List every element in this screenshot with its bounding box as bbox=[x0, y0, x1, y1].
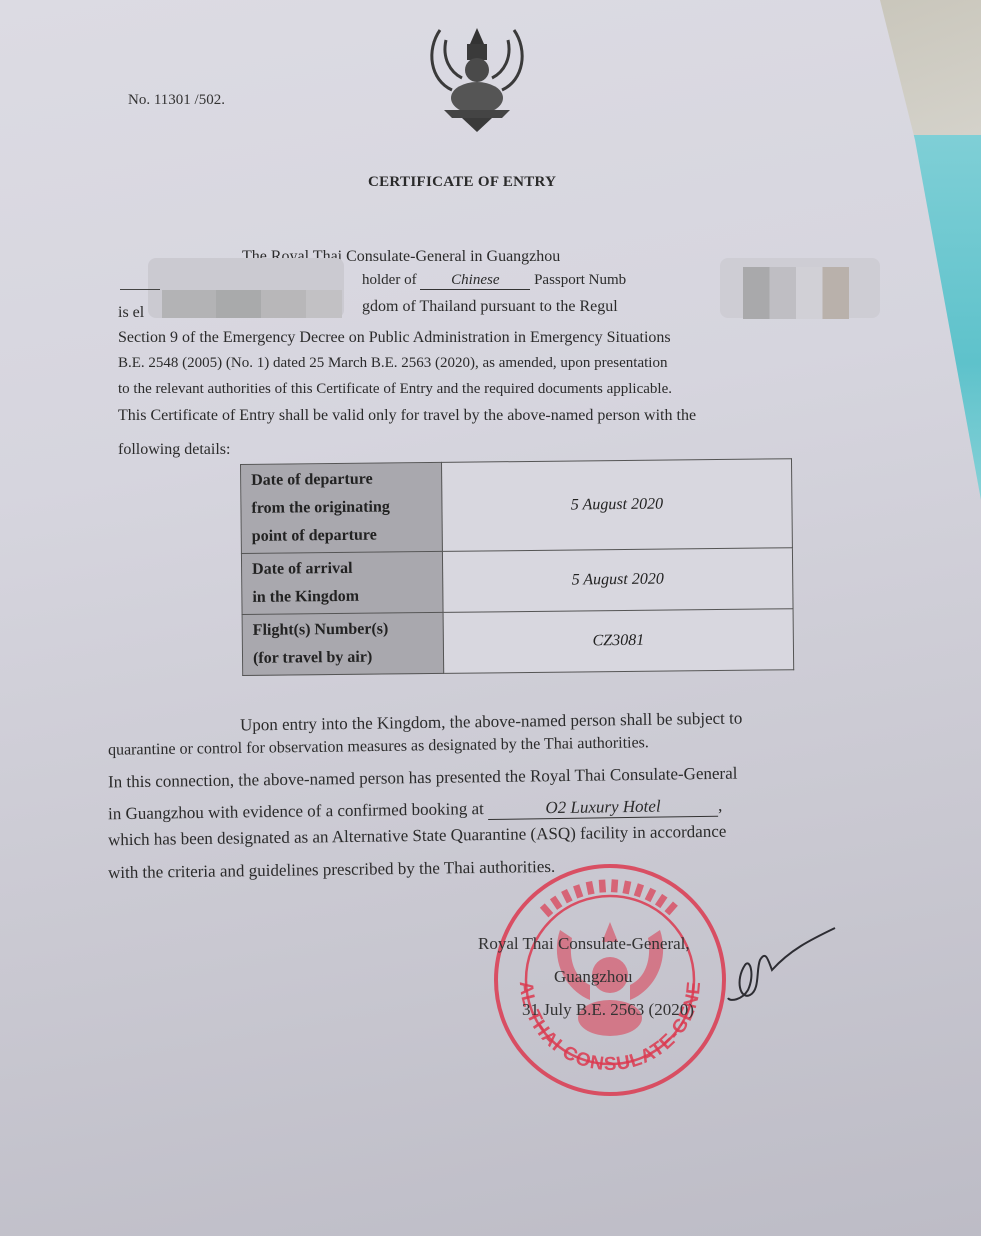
quarantine-line-5: which has been designated as an Alternat… bbox=[108, 822, 727, 851]
quarantine-line-3: In this connection, the above-named pers… bbox=[108, 764, 738, 793]
booking-label: in Guangzhou with evidence of a confirme… bbox=[108, 799, 484, 823]
passport-redaction-pixels bbox=[743, 267, 849, 319]
label-line: Date of departure bbox=[251, 465, 431, 495]
label-line: Flight(s) Number(s) bbox=[253, 615, 433, 645]
signature-date: 31 July B.E. 2563 (2020) bbox=[522, 1000, 694, 1020]
arrival-date-label: Date of arrival in the Kingdom bbox=[241, 551, 443, 614]
table-row: Date of departure from the originating p… bbox=[241, 459, 793, 554]
name-blank-line bbox=[120, 287, 160, 290]
passport-number-label: Passport Numb bbox=[534, 272, 626, 288]
label-line: point of departure bbox=[252, 521, 432, 551]
hotel-name-field: O2 Luxury Hotel bbox=[488, 796, 718, 820]
holder-of-label: holder of bbox=[362, 272, 417, 288]
quarantine-line-6: with the criteria and guidelines prescri… bbox=[108, 857, 555, 883]
quarantine-line-1: Upon entry into the Kingdom, the above-n… bbox=[240, 708, 743, 735]
intro-line-6: to the relevant authorities of this Cert… bbox=[118, 381, 672, 398]
quarantine-line-2: quarantine or control for observation me… bbox=[108, 734, 649, 760]
handwritten-signature-icon bbox=[720, 920, 840, 1020]
intro-line-2: holder of Chinese Passport Numb bbox=[362, 272, 626, 290]
flight-number-value: CZ3081 bbox=[443, 609, 794, 674]
table-row: Flight(s) Number(s) (for travel by air) … bbox=[242, 609, 794, 676]
certificate-paper: No. 11301 /502. CERTIFICATE OF ENTRY The… bbox=[0, 0, 981, 1236]
document-title: CERTIFICATE OF ENTRY bbox=[368, 174, 556, 191]
quarantine-line-4: in Guangzhou with evidence of a confirme… bbox=[108, 796, 723, 826]
departure-date-value: 5 August 2020 bbox=[441, 459, 792, 552]
document-number: No. 11301 /502. bbox=[128, 92, 225, 109]
intro-line-8: following details: bbox=[118, 441, 230, 459]
redaction-pixels bbox=[162, 290, 342, 318]
label-line: from the originating bbox=[251, 493, 431, 523]
signature-issuer: Royal Thai Consulate-General, bbox=[478, 934, 690, 954]
intro-line-5: B.E. 2548 (2005) (No. 1) dated 25 March … bbox=[118, 355, 667, 372]
arrival-date-value: 5 August 2020 bbox=[442, 548, 793, 613]
garuda-emblem-icon bbox=[422, 20, 532, 135]
intro-line-7: This Certificate of Entry shall be valid… bbox=[118, 407, 696, 425]
table-row: Date of arrival in the Kingdom 5 August … bbox=[241, 548, 793, 615]
departure-date-label: Date of departure from the originating p… bbox=[241, 462, 443, 553]
signature-city: Guangzhou bbox=[554, 967, 632, 987]
label-line: Date of arrival bbox=[252, 554, 432, 584]
label-line: in the Kingdom bbox=[252, 582, 432, 612]
comma: , bbox=[718, 796, 723, 815]
intro-line-3-prefix: is el bbox=[118, 304, 144, 322]
travel-details-table: Date of departure from the originating p… bbox=[240, 458, 794, 676]
nationality-field: Chinese bbox=[420, 272, 530, 290]
flight-number-label: Flight(s) Number(s) (for travel by air) bbox=[242, 612, 444, 675]
intro-line-4: Section 9 of the Emergency Decree on Pub… bbox=[118, 329, 671, 347]
label-line: (for travel by air) bbox=[253, 643, 433, 673]
intro-line-3-suffix: gdom of Thailand pursuant to the Regul bbox=[362, 298, 618, 316]
